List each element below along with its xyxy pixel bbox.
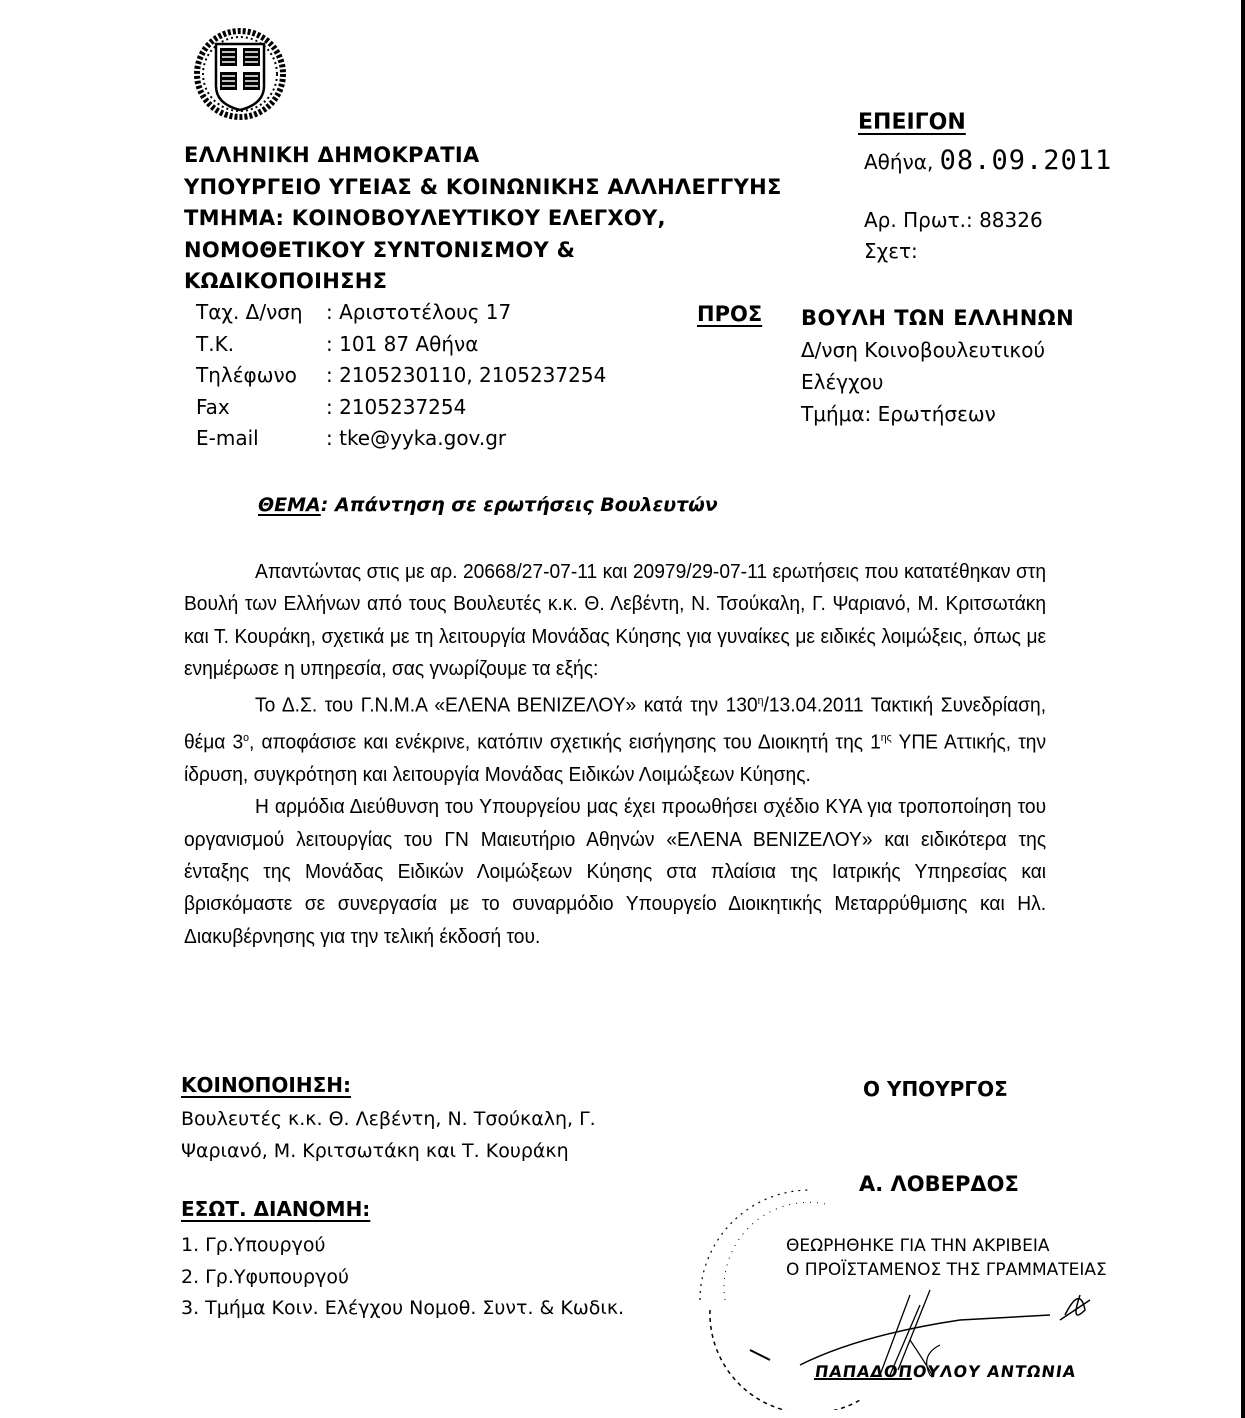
contact-value: : 2105237254 xyxy=(326,395,466,419)
contact-email: : tke@yyka.gov.gr xyxy=(326,426,506,450)
recipient-label: ΠΡΟΣ xyxy=(697,302,762,326)
date-value: 08.09.2011 xyxy=(940,145,1113,176)
org-line: ΝΟΜΟΘΕΤΙΚΟΥ ΣΥΝΤΟΝΙΣΜΟΥ & xyxy=(184,235,782,267)
protocol-number: Αρ. Πρωτ.: 88326 xyxy=(864,208,1043,232)
subject-text: : Απάντηση σε ερωτήσεις Βουλευτών xyxy=(321,494,718,516)
recipient-block: ΒΟΥΛΗ ΤΩΝ ΕΛΛΗΝΩΝ Δ/νση Κοινοβουλευτικού… xyxy=(801,302,1074,430)
certification-line: ΘΕΩΡΗΘΗΚΕ ΓΙΑ ΤΗΝ ΑΚΡΙΒΕΙΑ xyxy=(786,1234,1107,1258)
certification-text: ΘΕΩΡΗΘΗΚΕ ΓΙΑ ΤΗΝ ΑΚΡΙΒΕΙΑ Ο ΠΡΟΪΣΤΑΜΕΝΟ… xyxy=(786,1234,1107,1282)
date-label: Αθήνα, xyxy=(864,150,933,174)
org-line: ΚΩΔΙΚΟΠΟΙΗΣΗΣ xyxy=(184,266,782,298)
minister-title: Ο ΥΠΟΥΡΓΟΣ xyxy=(863,1077,1008,1101)
org-line: ΕΛΛΗΝΙΚΗ ΔΗΜΟΚΡΑΤΙΑ xyxy=(184,140,782,172)
urgent-label: ΕΠΕΙΓΟΝ xyxy=(858,110,966,135)
recipient-line: Δ/νση Κοινοβουλευτικού xyxy=(801,334,1074,366)
letter-body: Απαντώντας στις με αρ. 20668/27-07-11 κα… xyxy=(184,556,1046,953)
stamp-name-rest: ΟΥΛΟΥ ΑΝΤΩΝΙΑ xyxy=(912,1362,1078,1381)
cc-line: Ψαριανό, Μ. Κριτσωτάκη και Τ. Κουράκη xyxy=(181,1135,596,1167)
distribution-list: 1. Γρ.Υπουργού 2. Γρ.Υφυπουργού 3. Τμήμα… xyxy=(181,1230,624,1325)
recipient-name: ΒΟΥΛΗ ΤΩΝ ΕΛΛΗΝΩΝ xyxy=(801,302,1074,334)
contact-label: Fax xyxy=(196,395,230,419)
org-line: ΥΠΟΥΡΓΕΙΟ ΥΓΕΙΑΣ & ΚΟΙΝΩΝΙΚΗΣ ΑΛΛΗΛΕΓΓΥΗ… xyxy=(184,172,782,204)
organization-header: ΕΛΛΗΝΙΚΗ ΔΗΜΟΚΡΑΤΙΑ ΥΠΟΥΡΓΕΙΟ ΥΓΕΙΑΣ & Κ… xyxy=(184,140,782,298)
distribution-item: 3. Τμήμα Κοιν. Ελέγχου Νομοθ. Συντ. & Κω… xyxy=(181,1293,624,1325)
reference-label: Σχετ: xyxy=(864,239,918,263)
contact-label: Ταχ. Δ/νση xyxy=(196,300,303,324)
contact-value: : 101 87 Αθήνα xyxy=(326,332,478,356)
body-text-span: , αποφάσισε και ενέκρινε, κατόπιν σχετικ… xyxy=(249,732,881,754)
contact-label: Τηλέφωνο xyxy=(196,363,297,387)
recipient-line: Ελέγχου xyxy=(801,366,1074,398)
recipient-line: Τμήμα: Ερωτήσεων xyxy=(801,398,1074,430)
contact-label: E-mail xyxy=(196,426,259,450)
contact-value: : Αριστοτέλους 17 xyxy=(326,300,511,324)
body-paragraph: Απαντώντας στις με αρ. 20668/27-07-11 κα… xyxy=(184,556,1046,685)
contact-label: Τ.Κ. xyxy=(196,332,234,356)
subject-line: ΘΕΜΑ: Απάντηση σε ερωτήσεις Βουλευτών xyxy=(258,494,718,516)
body-text-span: Το Δ.Σ. του Γ.Ν.Μ.Α «ΕΛΕΝΑ ΒΕΝΙΖΕΛΟΥ» κα… xyxy=(255,695,758,717)
ordinal-superscript: ης xyxy=(881,732,892,744)
date-line: Αθήνα, 08.09.2011 xyxy=(864,145,1112,176)
cc-line: Βουλευτές κ.κ. Θ. Λεβέντη, Ν. Τσούκαλη, … xyxy=(181,1103,596,1135)
body-paragraph: Η αρμόδια Διεύθυνση του Υπουργείου μας έ… xyxy=(184,791,1046,952)
stamp-name: ΠΑΠΑΔΟΠΟΥΛΟΥ ΑΝΤΩΝΙΑ xyxy=(814,1362,1078,1381)
distribution-item: 2. Γρ.Υφυπουργού xyxy=(181,1262,624,1294)
distribution-heading: ΕΣΩΤ. ΔΙΑΝΟΜΗ: xyxy=(181,1197,370,1221)
cc-recipients: Βουλευτές κ.κ. Θ. Λεβέντη, Ν. Τσούκαλη, … xyxy=(181,1103,596,1167)
subject-label: ΘΕΜΑ xyxy=(258,494,321,516)
certification-line: Ο ΠΡΟΪΣΤΑΜΕΝΟΣ ΤΗΣ ΓΡΑΜΜΑΤΕΙΑΣ xyxy=(786,1258,1107,1282)
distribution-item: 1. Γρ.Υπουργού xyxy=(181,1230,624,1262)
body-paragraph: Το Δ.Σ. του Γ.Ν.Μ.Α «ΕΛΕΝΑ ΒΕΝΙΖΕΛΟΥ» κα… xyxy=(184,685,1046,791)
scan-border xyxy=(1241,0,1245,1418)
stamp-name-surname: ΠΑΠΑΔΟΠ xyxy=(814,1362,915,1381)
org-line: ΤΜΗΜΑ: ΚΟΙΝΟΒΟΥΛΕΥΤΙΚΟΥ ΕΛΕΓΧΟΥ, xyxy=(184,203,782,235)
greek-emblem-icon xyxy=(194,28,286,120)
contact-value: : 2105230110, 2105237254 xyxy=(326,363,606,387)
cc-heading: ΚΟΙΝΟΠΟΙΗΣΗ: xyxy=(181,1073,351,1097)
